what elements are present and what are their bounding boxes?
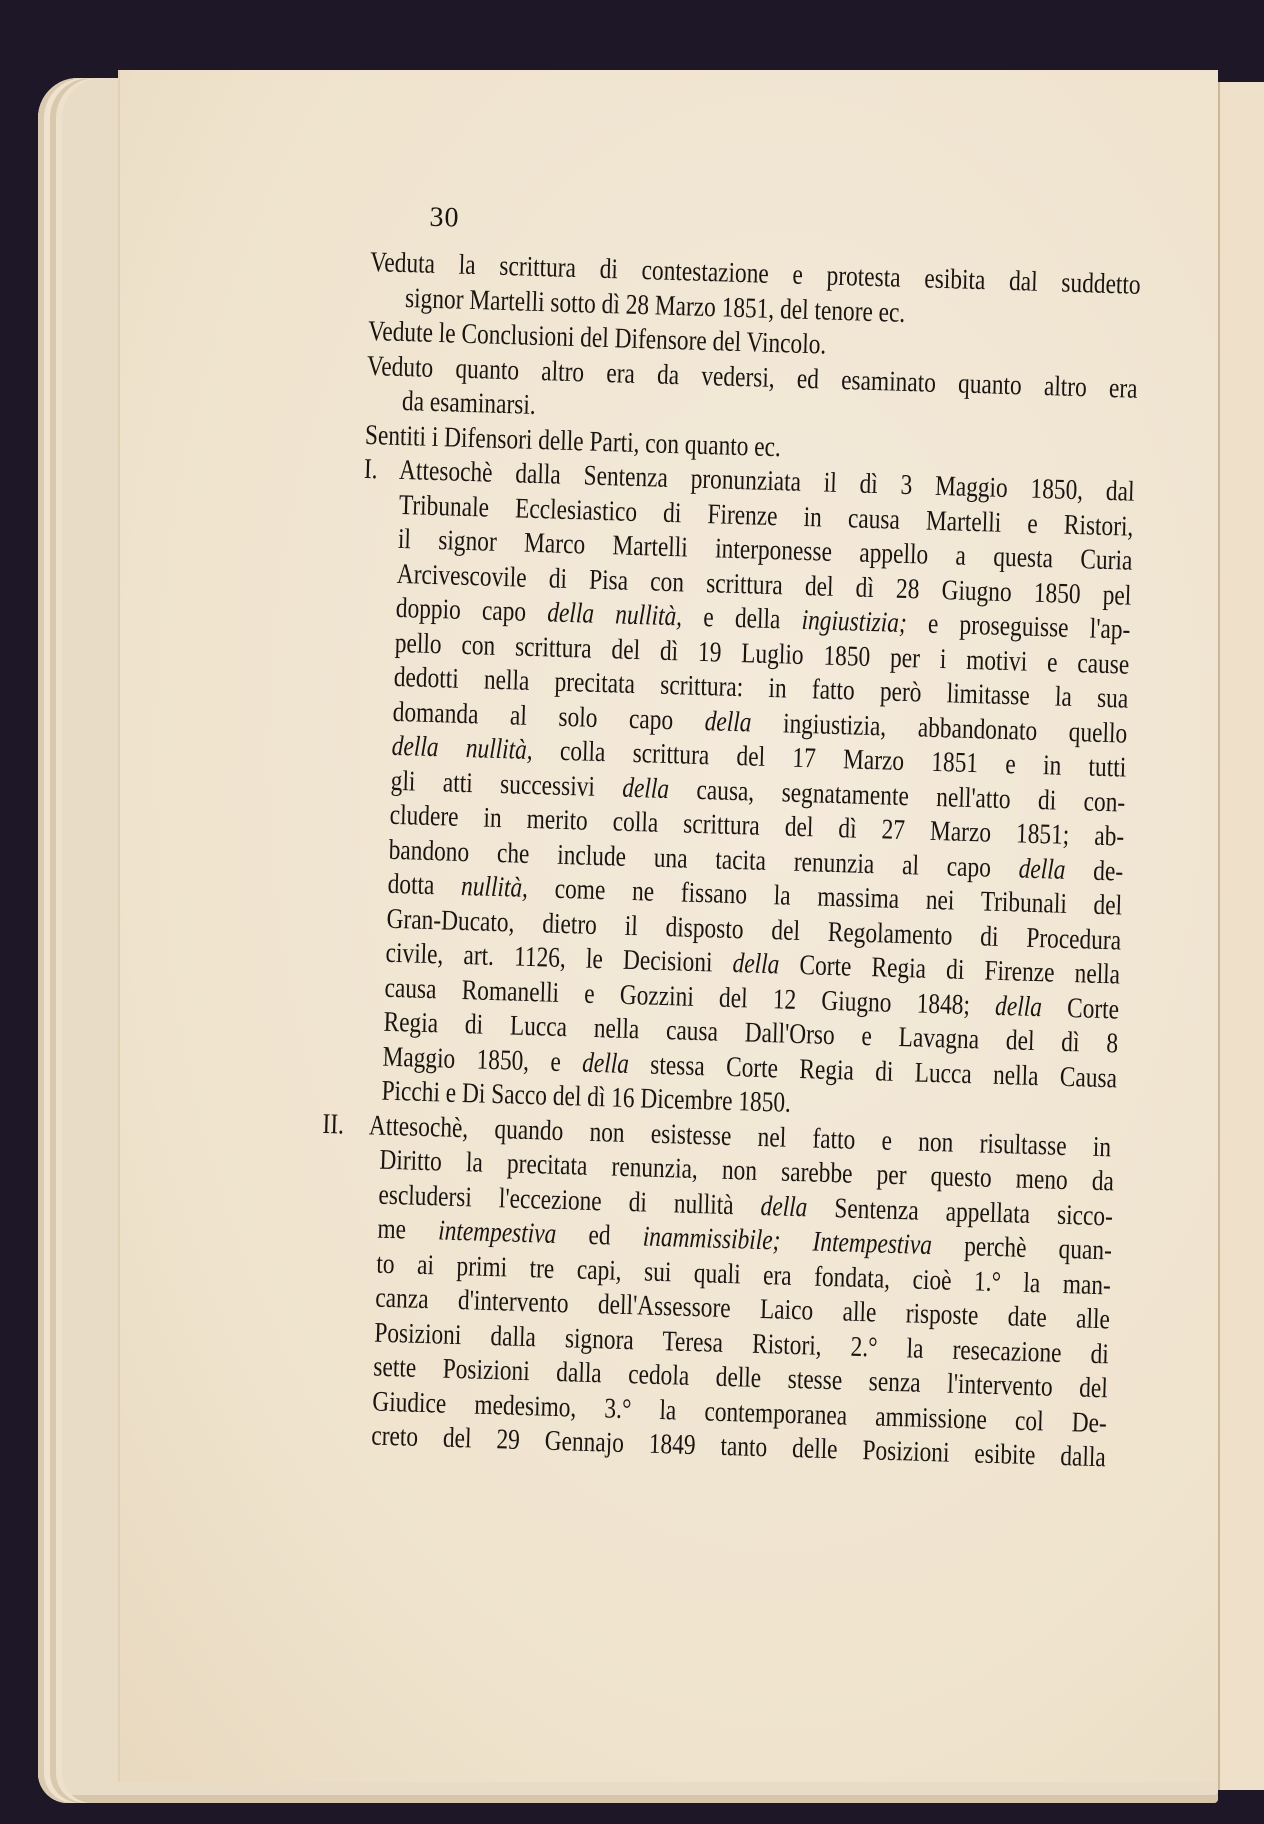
facing-page-edge bbox=[1218, 82, 1264, 1790]
page-text-block: 30 Veduta la scrittura di contestazione … bbox=[335, 200, 1142, 1476]
text-lines: Veduta la scrittura di contestazione e p… bbox=[335, 246, 1140, 1476]
